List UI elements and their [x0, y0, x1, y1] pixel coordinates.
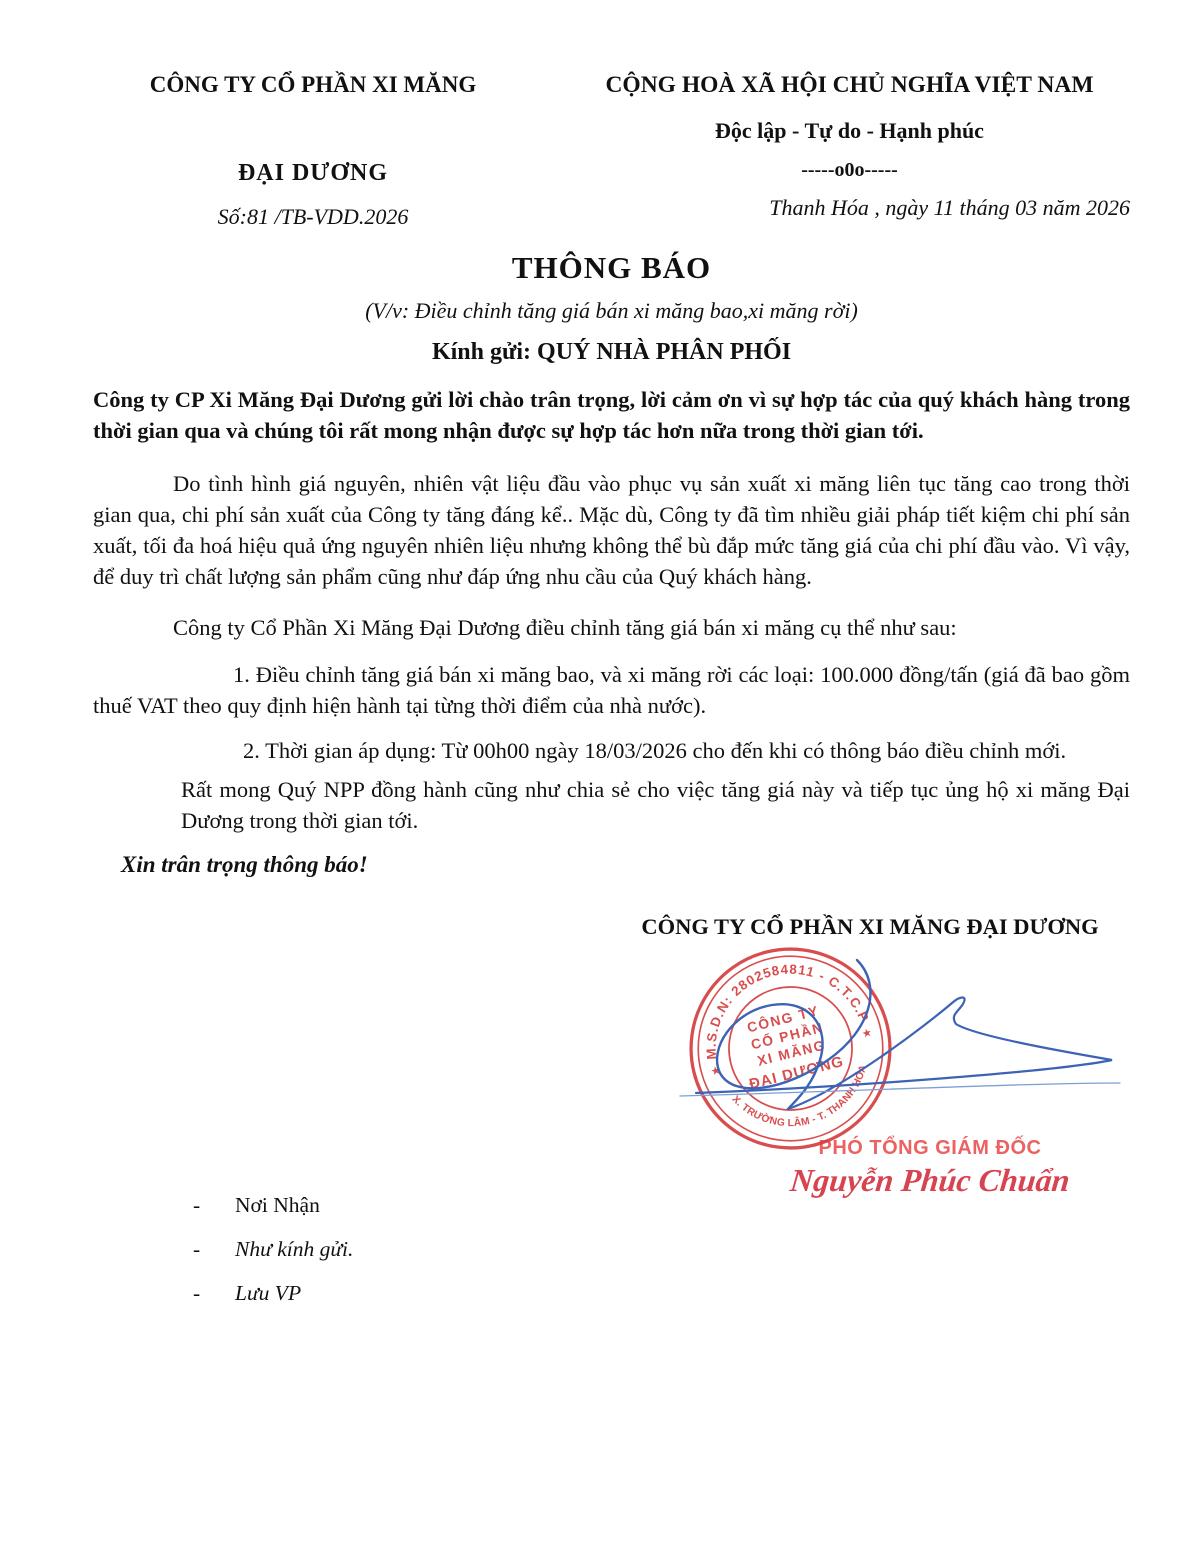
- header-separator: -----o0o-----: [569, 159, 1130, 182]
- document-number: Số:81 /TB-VDD.2026: [93, 204, 533, 230]
- body-paragraph-6: Rất mong Quý NPP đồng hành cũng như chia…: [93, 774, 1130, 836]
- body-paragraph-1: Công ty CP Xi Măng Đại Dương gửi lời chà…: [93, 384, 1130, 446]
- national-motto-line1: CỘNG HOÀ XÃ HỘI CHỦ NGHĨA VIỆT NAM: [569, 72, 1130, 99]
- recipient-text: Lưu VP: [235, 1281, 301, 1306]
- body-paragraph-5: 2. Thời gian áp dụng: Từ 00h00 ngày 18/0…: [93, 735, 1130, 766]
- recipient-item: - Lưu VP: [193, 1281, 1130, 1306]
- recipient-text: Nơi Nhận: [235, 1193, 320, 1218]
- document-page: CÔNG TY CỔ PHẦN XI MĂNG ĐẠI DƯƠNG Số:81 …: [0, 0, 1193, 1563]
- body-paragraph-3: Công ty Cổ Phần Xi Măng Đại Dương điều c…: [93, 612, 1130, 643]
- recipient-item: - Như kính gửi.: [193, 1237, 1130, 1262]
- closing-note: Xin trân trọng thông báo!: [121, 852, 1130, 878]
- place-date-line: Thanh Hóa , ngày 11 tháng 03 năm 2026: [569, 195, 1130, 221]
- stamp-and-signature-area: M.S.D.N: 2802584811 - C.T.C.P X. TRƯỜNG …: [610, 946, 1130, 1151]
- signature-stroke-underline: [680, 1083, 1120, 1096]
- company-block: CÔNG TY CỔ PHẦN XI MĂNG ĐẠI DƯƠNG Số:81 …: [93, 72, 533, 230]
- body-paragraph-4: 1. Điều chỉnh tăng giá bán xi măng bao, …: [93, 659, 1130, 721]
- document-subject: (V/v: Điều chỉnh tăng giá bán xi măng ba…: [93, 298, 1130, 324]
- dash-bullet: -: [193, 1281, 235, 1306]
- salutation-line: Kính gửi: QUÝ NHÀ PHÂN PHỐI: [93, 339, 1130, 366]
- company-name-line1: CÔNG TY CỔ PHẦN XI MĂNG: [93, 72, 533, 98]
- document-header: CÔNG TY CỔ PHẦN XI MĂNG ĐẠI DƯƠNG Số:81 …: [93, 72, 1130, 230]
- document-title: THÔNG BÁO: [93, 250, 1130, 286]
- signature-block: CÔNG TY CỔ PHẦN XI MĂNG ĐẠI DƯƠNG M.S.D.…: [610, 914, 1130, 1199]
- signer-name: Nguyễn Phúc Chuẩn: [728, 1162, 1132, 1199]
- national-motto-line2: Độc lập - Tự do - Hạnh phúc: [569, 118, 1130, 144]
- dash-bullet: -: [193, 1237, 235, 1262]
- body-paragraph-2: Do tình hình giá nguyên, nhiên vật liệu …: [93, 468, 1130, 592]
- recipient-text: Như kính gửi.: [235, 1237, 353, 1262]
- dash-bullet: -: [193, 1193, 235, 1218]
- national-block: CỘNG HOÀ XÃ HỘI CHỦ NGHĨA VIỆT NAM Độc l…: [533, 72, 1130, 230]
- handwritten-signature: [630, 941, 1170, 1161]
- signature-stroke-flourish: [696, 998, 1112, 1110]
- recipients-list: - Nơi Nhận - Như kính gửi. - Lưu VP: [193, 1193, 1130, 1306]
- company-name-line2: ĐẠI DƯƠNG: [93, 160, 533, 187]
- signature-stroke-loop: [717, 960, 870, 1109]
- signature-company-name: CÔNG TY CỔ PHẦN XI MĂNG ĐẠI DƯƠNG: [610, 914, 1130, 940]
